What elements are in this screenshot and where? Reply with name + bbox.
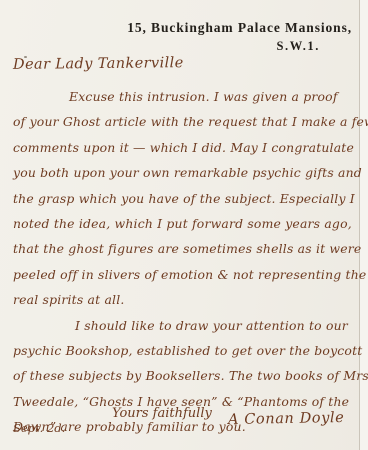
letter-line: of these subjects by Booksellers. The tw… xyxy=(13,363,356,388)
letter-line: of your Ghost article with the request t… xyxy=(13,109,356,134)
letter-line: psychic Bookshop, established to get ove… xyxy=(13,338,356,363)
letter-body: Excuse this intrusion. I was given a pro… xyxy=(13,84,356,439)
closing-valediction: Yours faithfully xyxy=(112,406,212,421)
letter-line: peeled off in slivers of emotion & not r… xyxy=(13,262,356,287)
salutation: Dear Lady Tankerville xyxy=(13,55,184,73)
letter-line: real spirits at all. xyxy=(13,287,356,312)
letter-line: the grasp which you have of the subject.… xyxy=(13,186,356,211)
letter-line: comments upon it — which I did. May I co… xyxy=(13,135,356,160)
letter-line: I should like to draw your attention to … xyxy=(13,313,356,338)
letter-photo: 15, Buckingham Palace Mansions, S.W.1. D… xyxy=(0,0,368,450)
signature: A Conan Doyle xyxy=(228,410,345,428)
letter-page: 15, Buckingham Palace Mansions, S.W.1. D… xyxy=(0,0,368,450)
letter-line: that the ghost figures are sometimes she… xyxy=(13,236,356,261)
letterhead-address: 15, Buckingham Palace Mansions, xyxy=(0,20,352,36)
letter-line: noted the idea, which I put forward some… xyxy=(13,211,356,236)
letter-line: you both upon your own remarkable psychi… xyxy=(13,160,356,185)
letterhead: 15, Buckingham Palace Mansions, S.W.1. xyxy=(0,20,352,54)
letter-date: Sept. 2d. xyxy=(13,421,65,435)
letterhead-postcode: S.W.1. xyxy=(0,39,352,54)
letter-line: Excuse this intrusion. I was given a pro… xyxy=(13,84,356,109)
